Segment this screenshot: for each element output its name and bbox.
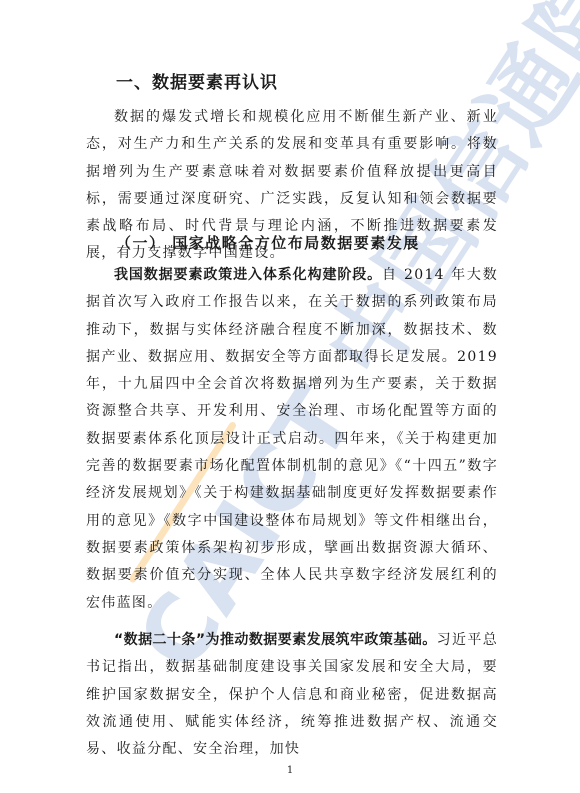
paragraph: 我国数据要素政策进入体系化构建阶段。自 2014 年大数据首次写入政府工作报告以… [86, 262, 498, 617]
section-heading: 一、数据要素再认识 [116, 68, 278, 93]
page-number: 1 [0, 765, 580, 776]
paragraph-lead: “数据二十条”为推动数据要素发展筑牢政策基础。 [114, 632, 437, 648]
paragraph: “数据二十条”为推动数据要素发展筑牢政策基础。习近平总书记指出，数据基础制度建设… [86, 627, 498, 763]
paragraph-lead: 我国数据要素政策进入体系化构建阶段。 [114, 267, 382, 283]
paragraph-text: 自 2014 年大数据首次写入政府工作报告以来，在关于数据的系列政策布局推动下，… [86, 267, 498, 611]
subsection-heading: （一） 国家战略全方位布局数据要素发展 [116, 232, 420, 253]
document-page: CAICT 中国信通院 一、数据要素再认识 数据的爆发式增长和规模化应用不断催生… [0, 0, 580, 793]
paragraph-text: 习近平总书记指出，数据基础制度建设事关国家发展和安全大局，要维护国家数据安全，保… [86, 632, 498, 757]
